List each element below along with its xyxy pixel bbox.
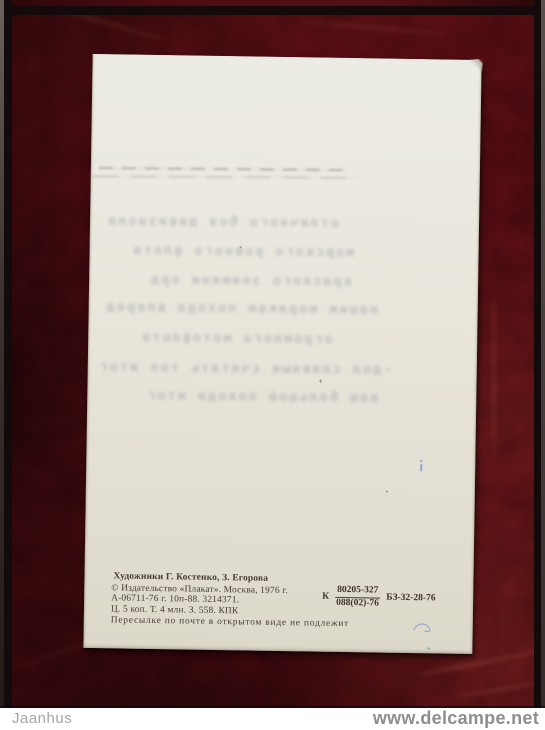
paper-speck [320, 380, 322, 383]
scan-edge-top [0, 6, 545, 15]
leather-background-photo: отличного боя дивизиона морского ровного… [0, 0, 545, 708]
artists-credit-line: Художники Г. Костенко, З. Егорова [113, 571, 268, 583]
catalog-code-series: БЗ-32-28-76 [386, 593, 435, 604]
paper-speck [386, 491, 388, 493]
faint-erased-line [99, 167, 349, 171]
site-watermark: www.delcampe.net [373, 708, 539, 729]
blue-pen-mark [420, 464, 422, 471]
scan-edge-left [4, 0, 12, 708]
show-through-text-line: нашим морякам похода вперед [105, 299, 379, 318]
show-through-text-line: -дол славные считать топ итог [98, 359, 392, 378]
catalog-code-block: К 80205-327 088(02)-76 БЗ-32-28-76 [322, 585, 436, 611]
watermark-strip: Jaanhus www.delcampe.net [0, 708, 545, 730]
show-through-text-line: ваш большой похода итог [145, 387, 378, 405]
damaged-corner [468, 59, 482, 71]
catalog-code-prefix: К [322, 592, 329, 602]
catalog-code-numerator: 80205-327 [335, 585, 380, 598]
show-through-text-line: отличного боя дивизиона [106, 213, 339, 231]
show-through-text-line: морского ровного флота [132, 242, 355, 260]
postcard-back: отличного боя дивизиона морского ровного… [83, 54, 481, 654]
scan-edge-right [534, 0, 541, 708]
catalog-code-denominator: 088(02)-76 [335, 597, 380, 609]
blue-pen-dot [427, 647, 430, 649]
seller-watermark: Jaanhus [12, 710, 72, 727]
paper-speck [240, 246, 242, 248]
show-through-text-line: огромного мотофлота [140, 329, 333, 347]
photo-of-postcard-back: отличного боя дивизиона морского ровного… [0, 0, 545, 730]
show-through-text-line: красного знамени орд [149, 271, 352, 289]
mailing-notice-line: Пересылке по почте в открытом виде не по… [111, 615, 349, 629]
catalog-code-fraction: 80205-327 088(02)-76 [335, 585, 381, 610]
faint-erased-line [93, 175, 357, 178]
price-edition-line: Ц. 5 коп. Т. 4 млн. З. 558. КПК [111, 604, 239, 616]
blue-pen-squiggle [412, 621, 434, 633]
scan-edge-right-outer [541, 0, 545, 708]
leather-crease [492, 290, 496, 460]
